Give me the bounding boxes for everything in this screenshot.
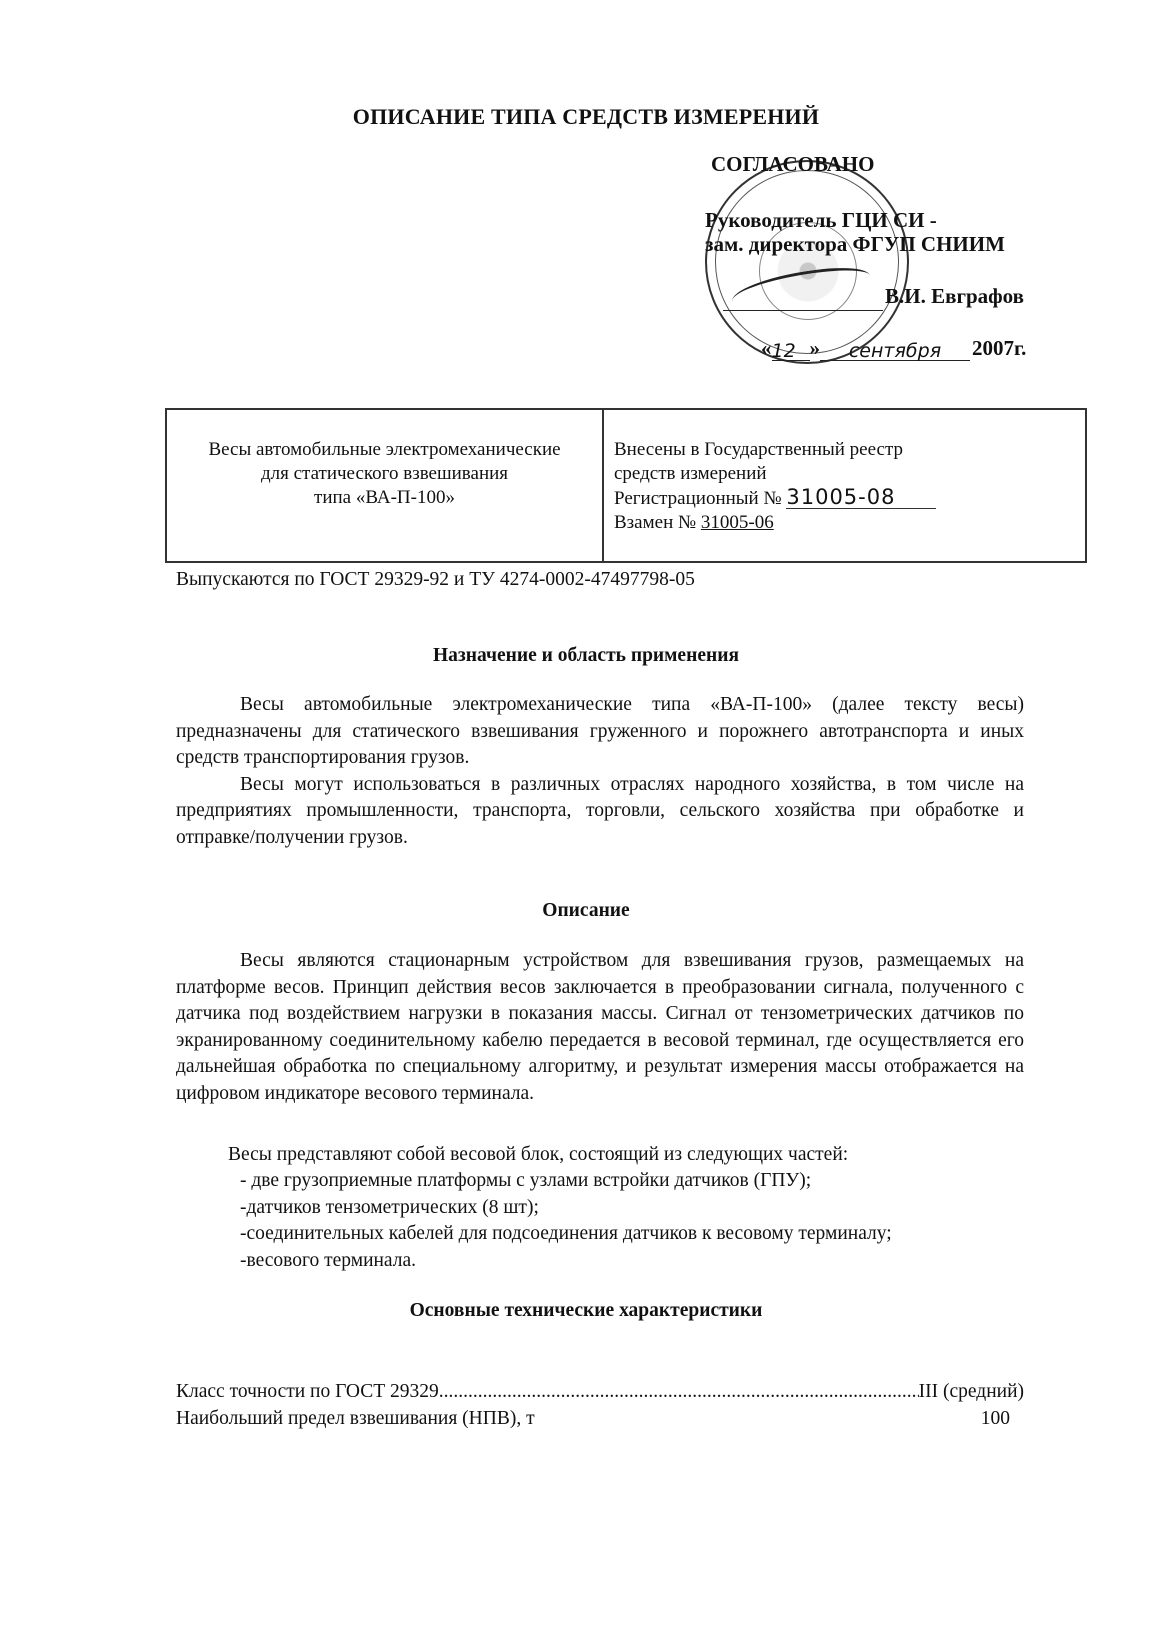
date-year: 2007г. xyxy=(972,336,1026,360)
description-heading: Описание xyxy=(0,900,1172,922)
instrument-name-cell: Весы автомобильные электромеханические д… xyxy=(167,410,604,561)
issued-by-line: Выпускаются по ГОСТ 29329-92 и ТУ 4274-0… xyxy=(176,567,695,594)
instrument-name-line3: типа «ВА-П-100» xyxy=(167,486,602,510)
date-close-quote: » xyxy=(810,336,821,360)
components-list-item: -весового терминала. xyxy=(240,1248,892,1275)
signature-line xyxy=(723,270,883,311)
components-list: - две грузоприемные платформы с узлами в… xyxy=(240,1168,892,1274)
replaces-label: Взамен № xyxy=(614,512,696,533)
approval-position-line2: зам. директора ФГУП СНИИМ xyxy=(705,232,1005,257)
components-list-item: -датчиков тензометрических (8 шт); xyxy=(240,1195,892,1222)
components-intro: Весы представляют собой весовой блок, со… xyxy=(228,1142,848,1169)
register-table: Весы автомобильные электромеханические д… xyxy=(165,408,1087,563)
signatory-name: В.И. Евграфов xyxy=(885,284,1024,309)
approval-date: «12»сентября2007г. xyxy=(761,336,1026,361)
date-month: сентября xyxy=(820,340,970,361)
instrument-name-line2: для статического взвешивания xyxy=(167,462,602,486)
approval-heading: СОГЛАСОВАНО xyxy=(711,152,874,177)
spec-row-max-capacity: Наибольший предел взвешивания (НПВ), т 1… xyxy=(176,1405,1024,1432)
specs-heading: Основные технические характеристики xyxy=(0,1300,1172,1322)
purpose-paragraph-1: Весы автомобильные электромеханические т… xyxy=(176,692,1024,772)
spec-label: Класс точности по ГОСТ 29329 xyxy=(176,1378,439,1405)
replaces-number-row: Взамен № 31005-06 xyxy=(614,511,1085,535)
replaces-number: 31005-06 xyxy=(701,512,774,533)
handwritten-signature-icon xyxy=(729,262,872,314)
description-text: Весы являются стационарным устройством д… xyxy=(176,948,1024,1107)
spec-value: III (средний) xyxy=(919,1378,1024,1405)
spec-label: Наибольший предел взвешивания (НПВ), т xyxy=(176,1405,535,1432)
registry-line1: Внесены в Государственный реестр xyxy=(614,438,1085,462)
registry-info-cell: Внесены в Государственный реестр средств… xyxy=(604,410,1085,561)
spec-spacer xyxy=(535,1405,981,1432)
document-title: ОПИСАНИЕ ТИПА СРЕДСТВ ИЗМЕРЕНИЙ xyxy=(0,104,1172,130)
approval-block: СОГЛАСОВАНО Руководитель ГЦИ СИ - зам. д… xyxy=(705,152,1105,387)
registration-number: 31005-08 xyxy=(786,486,936,509)
description-paragraph-1: Весы являются стационарным устройством д… xyxy=(176,948,1024,1107)
components-list-item: -соединительных кабелей для подсоединени… xyxy=(240,1221,892,1248)
specs-list: Класс точности по ГОСТ 29329 ...........… xyxy=(176,1378,1024,1432)
approval-position-line1: Руководитель ГЦИ СИ - xyxy=(705,208,937,233)
spec-value: 100 xyxy=(981,1405,1024,1432)
purpose-text: Весы автомобильные электромеханические т… xyxy=(176,692,1024,851)
spec-leader-dots: ........................................… xyxy=(439,1378,919,1405)
components-list-item: - две грузоприемные платформы с узлами в… xyxy=(240,1168,892,1195)
registry-line2: средств измерений xyxy=(614,462,1085,486)
purpose-paragraph-2: Весы могут использоваться в различных от… xyxy=(176,772,1024,852)
date-open-quote: « xyxy=(761,336,772,360)
spec-row-accuracy-class: Класс точности по ГОСТ 29329 ...........… xyxy=(176,1378,1024,1405)
date-day: 12 xyxy=(772,340,810,361)
registration-number-label: Регистрационный № xyxy=(614,488,782,509)
purpose-heading: Назначение и область применения xyxy=(0,645,1172,667)
official-seal-icon xyxy=(705,160,909,364)
instrument-name-line1: Весы автомобильные электромеханические xyxy=(167,438,602,462)
registration-number-row: Регистрационный № 31005-08 xyxy=(614,486,1085,511)
